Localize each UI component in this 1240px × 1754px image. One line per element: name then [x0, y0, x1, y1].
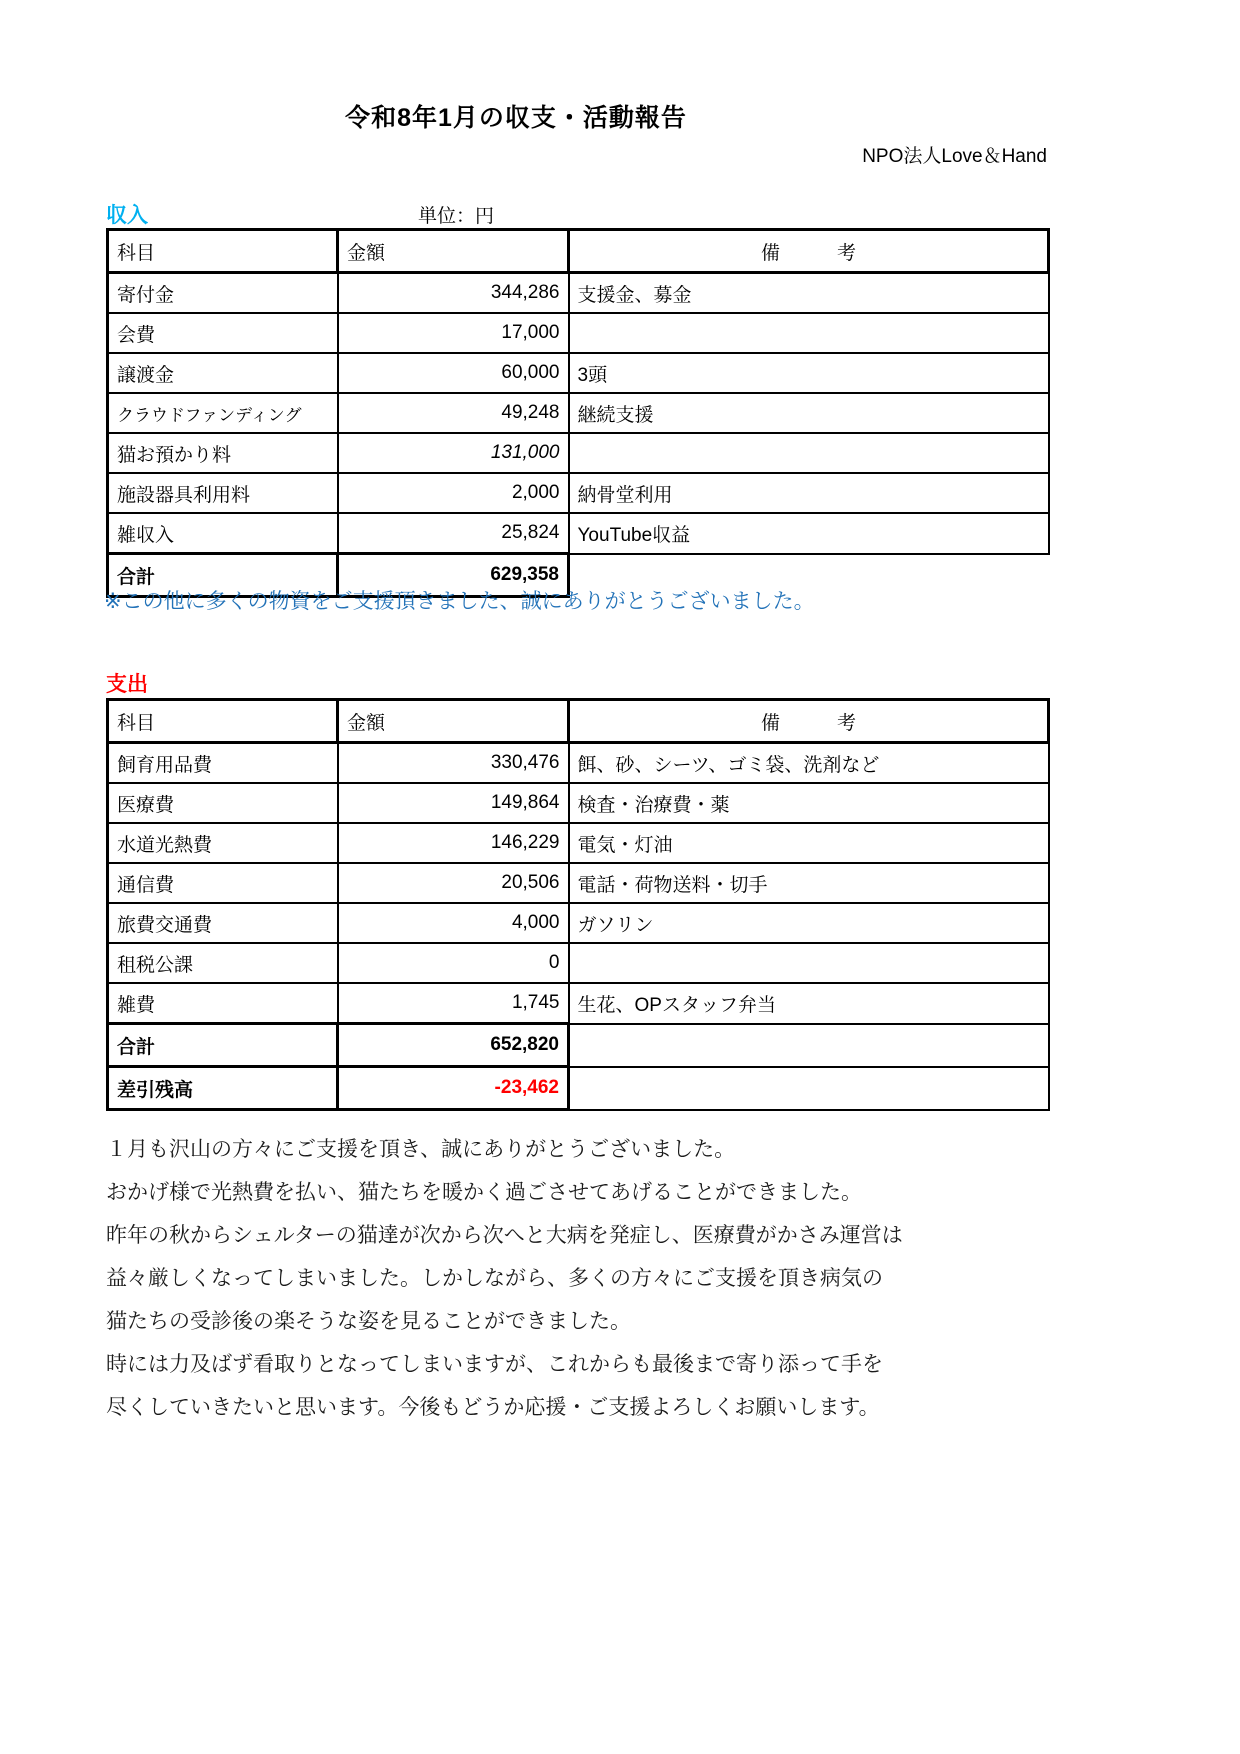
- expense-total-row: 合計 652,820: [108, 1024, 1049, 1067]
- page-title: 令和8年1月の収支・活動報告: [106, 98, 926, 134]
- item-cell: 飼育用品費: [108, 743, 338, 784]
- remarks-cell: [569, 433, 1049, 473]
- amount-cell: 1,745: [338, 983, 569, 1024]
- amount-cell: 25,824: [338, 513, 569, 554]
- remarks-cell: 電気・灯油: [569, 823, 1049, 863]
- unit-label: 単位：円: [336, 201, 576, 228]
- amount-cell: 344,286: [338, 273, 569, 314]
- item-cell: 水道光熱費: [108, 823, 338, 863]
- remarks-cell: 3頭: [569, 353, 1049, 393]
- item-cell: 旅費交通費: [108, 903, 338, 943]
- expense-header-row: 科目 金額 備 考: [108, 700, 1049, 743]
- remarks-cell: ガソリン: [569, 903, 1049, 943]
- item-cell: 医療費: [108, 783, 338, 823]
- expense-row: 通信費 20,506 電話・荷物送料・切手: [108, 863, 1049, 903]
- item-cell: 通信費: [108, 863, 338, 903]
- expense-table: 科目 金額 備 考 飼育用品費 330,476 餌、砂、シーツ、ゴミ袋、洗剤など…: [106, 698, 1050, 1111]
- remarks-cell: YouTube収益: [569, 513, 1049, 554]
- section-label-income: 収入: [106, 199, 148, 229]
- header-item: 科目: [108, 230, 338, 273]
- closing-line: おかげ様で光熱費を払い、猫たちを暖かく過ごさせてあげることができました。: [106, 1171, 1086, 1214]
- income-table-wrap: 科目 金額 備 考 寄付金 344,286 支援金、募金 会費 17,000 譲…: [106, 228, 1050, 598]
- item-cell: 寄付金: [108, 273, 338, 314]
- closing-paragraph: １月も沢山の方々にご支援を頂き、誠にありがとうございました。 おかげ様で光熱費を…: [106, 1128, 1086, 1429]
- header-item: 科目: [108, 700, 338, 743]
- income-row: 譲渡金 60,000 3頭: [108, 353, 1049, 393]
- expense-row: 飼育用品費 330,476 餌、砂、シーツ、ゴミ袋、洗剤など: [108, 743, 1049, 784]
- item-cell: 租税公課: [108, 943, 338, 983]
- total-remarks-cell: [569, 1024, 1049, 1067]
- remarks-cell: 電話・荷物送料・切手: [569, 863, 1049, 903]
- income-row: 会費 17,000: [108, 313, 1049, 353]
- income-row: 施設器具利用料 2,000 納骨堂利用: [108, 473, 1049, 513]
- section-label-expense: 支出: [106, 668, 148, 698]
- amount-cell: 131,000: [338, 433, 569, 473]
- amount-cell: 0: [338, 943, 569, 983]
- expense-row: 雑費 1,745 生花、OPスタッフ弁当: [108, 983, 1049, 1024]
- amount-cell: 149,864: [338, 783, 569, 823]
- amount-cell: 20,506: [338, 863, 569, 903]
- expense-row: 医療費 149,864 検査・治療費・薬: [108, 783, 1049, 823]
- item-cell: 雑費: [108, 983, 338, 1024]
- balance-remarks-cell: [569, 1067, 1049, 1110]
- balance-row: 差引残高 -23,462: [108, 1067, 1049, 1110]
- expense-row: 租税公課 0: [108, 943, 1049, 983]
- amount-cell: 60,000: [338, 353, 569, 393]
- expense-row: 水道光熱費 146,229 電気・灯油: [108, 823, 1049, 863]
- amount-cell: 4,000: [338, 903, 569, 943]
- closing-line: 猫たちの受診後の楽そうな姿を見ることができました。: [106, 1300, 1086, 1343]
- income-table: 科目 金額 備 考 寄付金 344,286 支援金、募金 会費 17,000 譲…: [106, 228, 1050, 598]
- header-amount: 金額: [338, 700, 569, 743]
- total-amount-cell: 652,820: [338, 1024, 569, 1067]
- remarks-cell: [569, 943, 1049, 983]
- income-row: 雑収入 25,824 YouTube収益: [108, 513, 1049, 554]
- closing-line: １月も沢山の方々にご支援を頂き、誠にありがとうございました。: [106, 1128, 1086, 1171]
- balance-amount-cell: -23,462: [338, 1067, 569, 1110]
- item-cell: 会費: [108, 313, 338, 353]
- item-cell: クラウドファンディング: [108, 393, 338, 433]
- report-page: 令和8年1月の収支・活動報告 NPO法人Love＆Hand 収入 単位：円 科目…: [0, 0, 1240, 1754]
- item-cell: 譲渡金: [108, 353, 338, 393]
- amount-cell: 49,248: [338, 393, 569, 433]
- item-cell: 施設器具利用料: [108, 473, 338, 513]
- remarks-cell: 餌、砂、シーツ、ゴミ袋、洗剤など: [569, 743, 1049, 784]
- header-remarks: 備 考: [569, 230, 1049, 273]
- amount-cell: 2,000: [338, 473, 569, 513]
- balance-label-cell: 差引残高: [108, 1067, 338, 1110]
- income-note: ※この他に多くの物資をご支援頂きました、誠にありがとうございました。: [104, 585, 1104, 615]
- amount-cell: 146,229: [338, 823, 569, 863]
- remarks-cell: 検査・治療費・薬: [569, 783, 1049, 823]
- income-row: 寄付金 344,286 支援金、募金: [108, 273, 1049, 314]
- org-name: NPO法人Love＆Hand: [106, 141, 1047, 168]
- item-cell: 猫お預かり料: [108, 433, 338, 473]
- income-row: クラウドファンディング 49,248 継続支援: [108, 393, 1049, 433]
- closing-line: 益々厳しくなってしまいました。しかしながら、多くの方々にご支援を頂き病気の: [106, 1257, 1086, 1300]
- amount-cell: 330,476: [338, 743, 569, 784]
- closing-line: 尽くしていきたいと思います。今後もどうか応援・ご支援よろしくお願いします。: [106, 1386, 1086, 1429]
- closing-line: 時には力及ばず看取りとなってしまいますが、これからも最後まで寄り添って手を: [106, 1343, 1086, 1386]
- income-header-row: 科目 金額 備 考: [108, 230, 1049, 273]
- income-row: 猫お預かり料 131,000: [108, 433, 1049, 473]
- remarks-cell: 納骨堂利用: [569, 473, 1049, 513]
- remarks-cell: 支援金、募金: [569, 273, 1049, 314]
- remarks-cell: [569, 313, 1049, 353]
- item-cell: 雑収入: [108, 513, 338, 554]
- expense-table-wrap: 科目 金額 備 考 飼育用品費 330,476 餌、砂、シーツ、ゴミ袋、洗剤など…: [106, 698, 1050, 1111]
- remarks-cell: 生花、OPスタッフ弁当: [569, 983, 1049, 1024]
- remarks-cell: 継続支援: [569, 393, 1049, 433]
- expense-row: 旅費交通費 4,000 ガソリン: [108, 903, 1049, 943]
- total-label-cell: 合計: [108, 1024, 338, 1067]
- amount-cell: 17,000: [338, 313, 569, 353]
- header-amount: 金額: [338, 230, 569, 273]
- closing-line: 昨年の秋からシェルターの猫達が次から次へと大病を発症し、医療費がかさみ運営は: [106, 1214, 1086, 1257]
- header-remarks: 備 考: [569, 700, 1049, 743]
